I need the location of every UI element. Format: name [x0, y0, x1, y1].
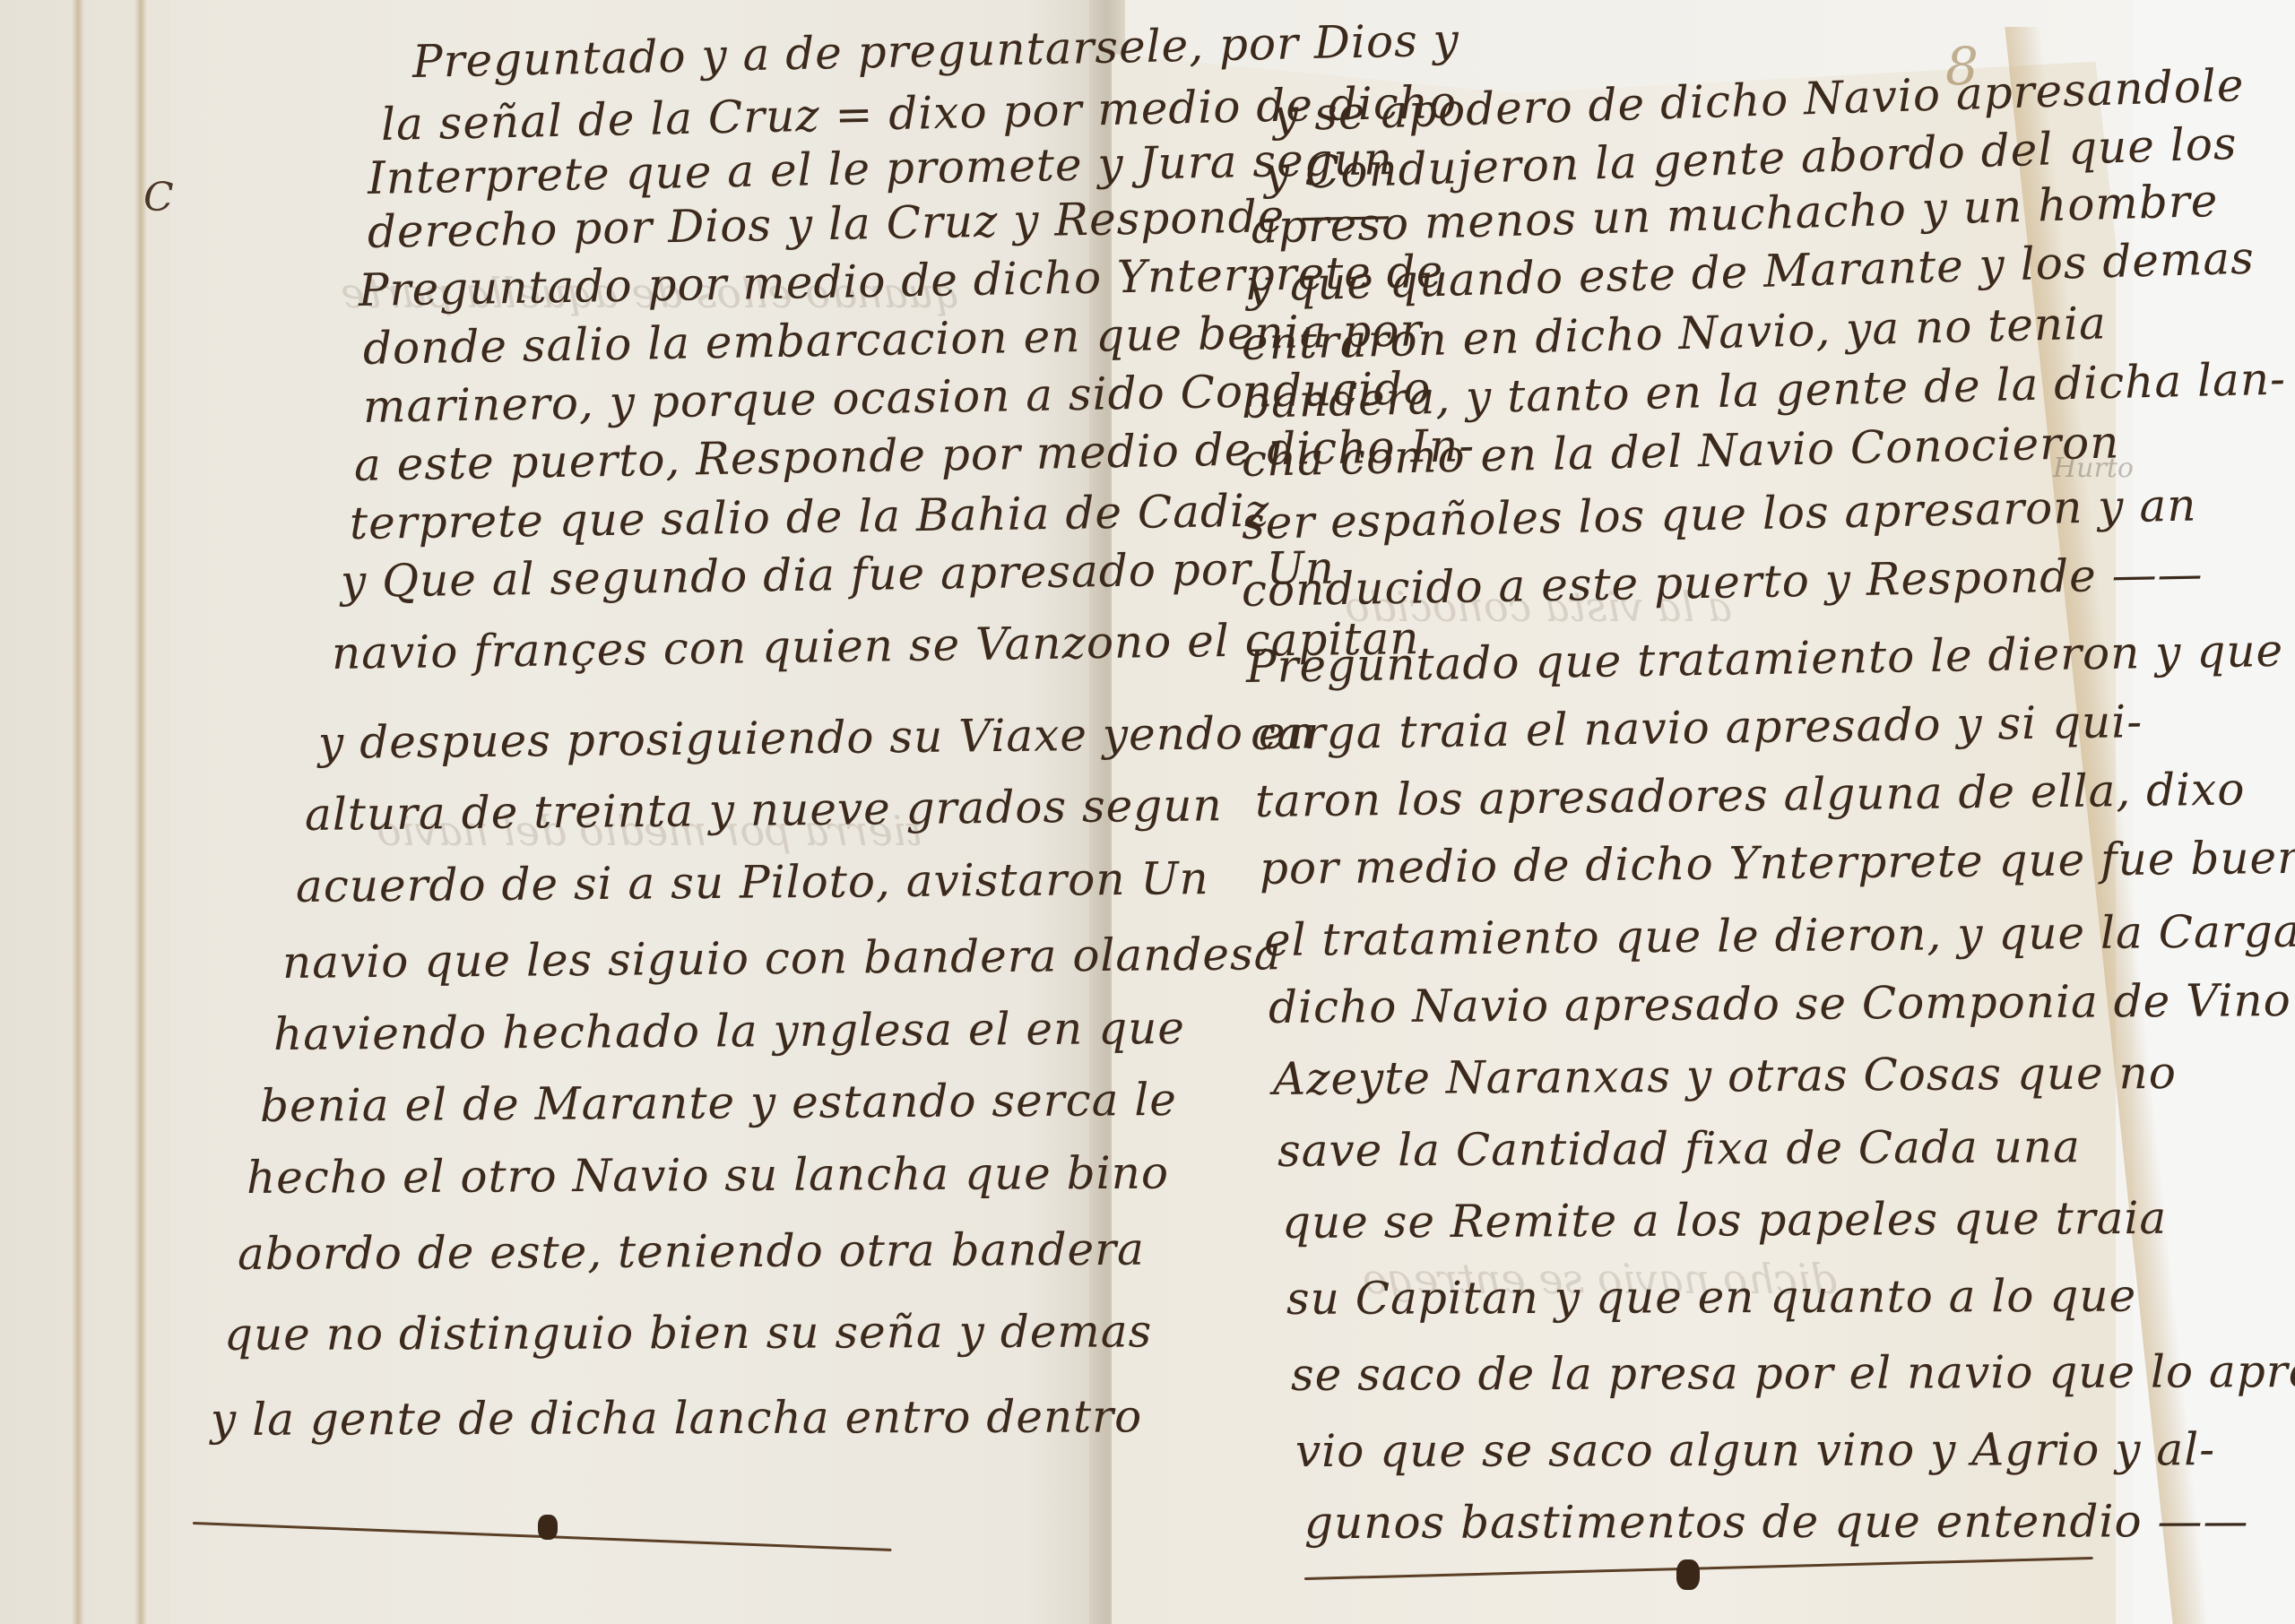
text-line: Azeyte Naranxas y otras Cosas que no — [1273, 1047, 2177, 1105]
text-line: y la gente de dicha lancha entro dentro — [211, 1390, 1142, 1446]
text-line: gunos bastimentos de que entendio —— — [1304, 1495, 2249, 1549]
text-line: abordo de este, teniendo otra bandera — [238, 1223, 1145, 1280]
leaf-edge-stain — [134, 0, 147, 1624]
text-line: save la Cantidad fixa de Cada una — [1277, 1120, 2081, 1177]
text-line: que no distinguio bien su seña y demas — [224, 1305, 1152, 1361]
ink-flourish — [1676, 1559, 1700, 1590]
text-line: se saco de la presa por el navio que lo … — [1291, 1345, 2295, 1401]
text-line: dicho Navio apresado se Componia de Vino — [1269, 974, 2291, 1033]
text-line: navio que les siguio con bandera olandes… — [282, 928, 1282, 989]
text-line: por medio de dicho Ynterprete que fue bu… — [1260, 831, 2295, 894]
text-line: vio que se saco algun vino y Agrio y al- — [1295, 1423, 2215, 1477]
text-line: el tratamiento que le dieron, y que la C… — [1264, 904, 2295, 966]
text-line: benia el de Marante y estando serca le — [260, 1074, 1177, 1132]
text-line: que se Remite a los papeles que traia — [1282, 1192, 2168, 1248]
text-line: hecho el otro Navio su lancha que bino — [247, 1147, 1169, 1204]
text-line: acuerdo de si a su Piloto, avistaron Un — [296, 852, 1209, 912]
margin-mark: C — [143, 175, 174, 220]
text-line: haviendo hechado la ynglesa el en que — [273, 1002, 1185, 1060]
leaf-edge-stain — [72, 0, 84, 1624]
text-line: su Capitan y que en quanto a lo que — [1286, 1270, 2136, 1325]
text-line: y despues prosiguiendo su Viaxe yendo en — [318, 706, 1316, 769]
ink-flourish — [538, 1515, 558, 1540]
text-line: altura de treinta y nueve grados segun — [305, 779, 1223, 841]
